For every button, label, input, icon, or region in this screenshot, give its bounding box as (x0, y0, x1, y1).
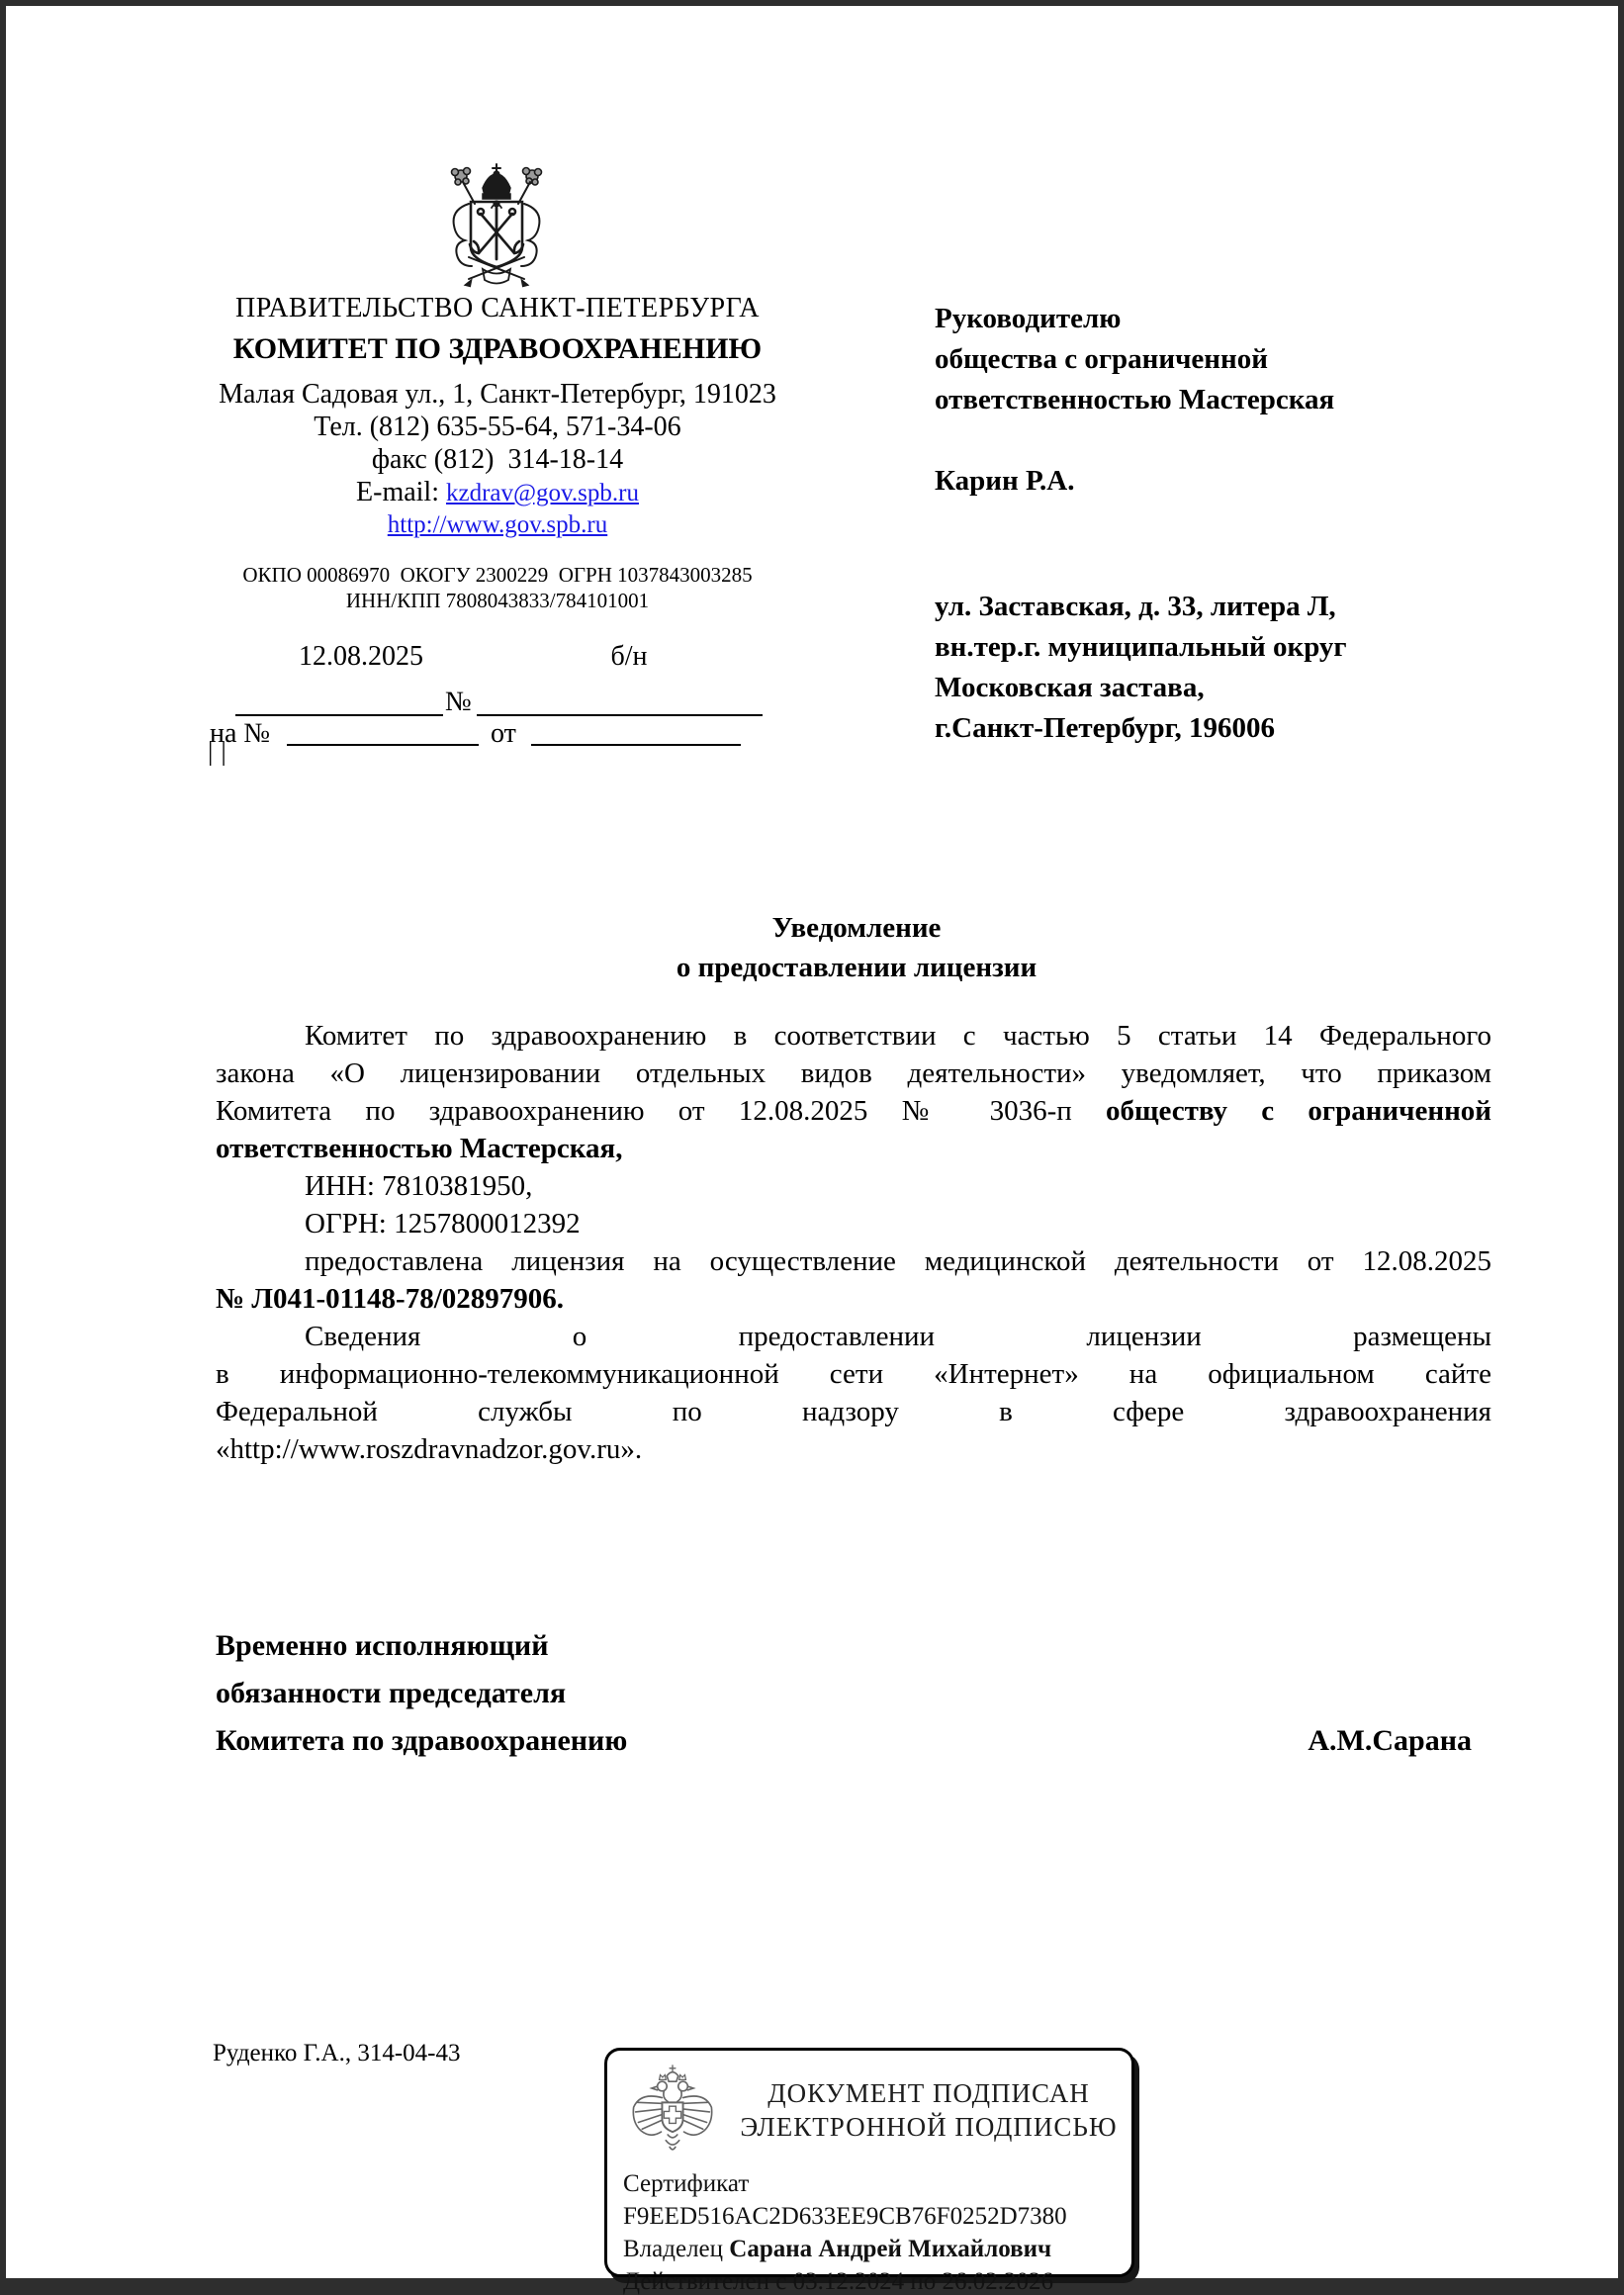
email-link[interactable]: kzdrav@gov.spb.ru (446, 480, 639, 506)
certificate-label: Сертификат (623, 2170, 749, 2197)
number-sign: № (445, 687, 472, 718)
fold-marks: || (208, 736, 234, 767)
document-body: Комитет по здравоохранению в соответстви… (216, 1017, 1491, 1468)
reply-number-underline (287, 744, 479, 746)
inn-kpp-line: ИНН/КПП 7808043833/784101001 (138, 588, 857, 613)
recipient-address-line: г.Санкт-Петербург, 196006 (935, 708, 1503, 749)
stamp-title-line-1: ДОКУМЕНТ ПОДПИСАН (734, 2076, 1124, 2110)
okpo-line: ОКПО 00086970 ОКОГУ 2300229 ОГРН 1037843… (138, 562, 857, 588)
sender-phone: Тел. (812) 635-55-64, 571-34-06 (138, 411, 857, 443)
recipient-address: ул. Заставская, д. 33, литера Л,вн.тер.г… (935, 587, 1503, 749)
sender-header: ПРАВИТЕЛЬСТВО САНКТ-ПЕТЕРБУРГА КОМИТЕТ П… (138, 293, 857, 613)
sender-contacts: Малая Садовая ул., 1, Санкт-Петербург, 1… (138, 378, 857, 540)
roszdravnadzor-eagle-icon (625, 2063, 720, 2159)
executor-note: Руденко Г.А., 314-04-43 (213, 2040, 461, 2067)
body-line: в информационно-телекоммуникационной сет… (216, 1355, 1491, 1393)
signer-name: А.М.Сарана (1308, 1717, 1472, 1765)
recipient-block: Руководителюобщества с ограниченнойответ… (935, 299, 1503, 749)
government-title: ПРАВИТЕЛЬСТВО САНКТ-ПЕТЕРБУРГА (138, 293, 857, 324)
stamp-details: Сертификат F9EED516AC2D633EE9CB76F0252D7… (623, 2167, 1122, 2295)
spacer (935, 502, 1503, 587)
title-line-2: о предоставлении лицензии (174, 948, 1539, 987)
reply-date-underline (531, 744, 741, 746)
signer-row: Комитета по здравоохранению А.М.Сарана (216, 1717, 1472, 1765)
stamp-title-line-2: ЭЛЕКТРОННОЙ ПОДПИСЬЮ (734, 2110, 1124, 2144)
sender-website-line: http://www.gov.spb.ru (138, 509, 857, 540)
body-line: Федеральной службы по надзору в сфере зд… (216, 1393, 1491, 1430)
spacer (935, 420, 1503, 461)
signer-position-line-1: Временно исполняющий (216, 1622, 1472, 1670)
recipient-org: Руководителюобщества с ограниченнойответ… (935, 299, 1503, 420)
recipient-line: ответственностью Мастерская (935, 380, 1503, 420)
sender-email-line: E-mail: kzdrav@gov.spb.ru (138, 476, 857, 509)
sender-fax: факс (812) 314-18-14 (138, 443, 857, 476)
recipient-address-line: Московская застава, (935, 668, 1503, 708)
spb-coat-of-arms-icon (433, 156, 560, 291)
recipient-line: Руководителю (935, 299, 1503, 339)
body-line: ИНН: 7810381950, (216, 1167, 1491, 1205)
body-line: предоставлена лицензия на осуществление … (216, 1242, 1491, 1280)
sender-address: Малая Садовая ул., 1, Санкт-Петербург, 1… (138, 378, 857, 411)
date-underline (235, 714, 443, 716)
email-label: E-mail: (356, 477, 446, 507)
stamp-title: ДОКУМЕНТ ПОДПИСАН ЭЛЕКТРОННОЙ ПОДПИСЬЮ (734, 2076, 1124, 2144)
document-title: Уведомление о предоставлении лицензии (174, 908, 1539, 987)
stamp-validity-line: Действителен с 03.12.2024 по 26.02.2026 (623, 2265, 1122, 2295)
committee-title: КОМИТЕТ ПО ЗДРАВООХРАНЕНИЮ (138, 332, 857, 366)
body-line: Сведения о предоставлении лицензии разме… (216, 1318, 1491, 1355)
body-line: Комитет по здравоохранению в соответстви… (216, 1017, 1491, 1055)
stamp-certificate-line: Сертификат F9EED516AC2D633EE9CB76F0252D7… (623, 2167, 1122, 2233)
certificate-value: F9EED516AC2D633EE9CB76F0252D7380 (623, 2203, 1067, 2230)
owner-label: Владелец (623, 2236, 729, 2262)
signer-position-line-3: Комитета по здравоохранению (216, 1717, 627, 1765)
body-line: закона «О лицензировании отдельных видов… (216, 1055, 1491, 1092)
letter-number: б/н (593, 641, 665, 673)
body-line: ОГРН: 1257800012392 (216, 1205, 1491, 1242)
letter-date: 12.08.2025 (297, 641, 425, 673)
sender-codes: ОКПО 00086970 ОКОГУ 2300229 ОГРН 1037843… (138, 562, 857, 613)
recipient-line: общества с ограниченной (935, 339, 1503, 380)
e-signature-stamp: ДОКУМЕНТ ПОДПИСАН ЭЛЕКТРОННОЙ ПОДПИСЬЮ С… (604, 2048, 1134, 2277)
recipient-address-line: ул. Заставская, д. 33, литера Л, (935, 587, 1503, 627)
stamp-owner-line: Владелец Сарана Андрей Михайлович (623, 2233, 1122, 2265)
website-link[interactable]: http://www.gov.spb.ru (388, 511, 607, 538)
recipient-address-line: вн.тер.г. муниципальный округ (935, 627, 1503, 668)
number-underline (477, 714, 763, 716)
recipient-person: Карин Р.А. (935, 461, 1503, 502)
body-line: ответственностью Мастерская, (216, 1130, 1491, 1167)
owner-name: Сарана Андрей Михайлович (729, 2236, 1051, 2262)
reply-from-label: от (491, 718, 516, 750)
signature-block: Временно исполняющий обязанности председ… (216, 1622, 1472, 1765)
body-line: «http://www.roszdravnadzor.gov.ru». (216, 1430, 1491, 1468)
body-line: Комитета по здравоохранению от 12.08.202… (216, 1092, 1491, 1130)
signer-position-line-2: обязанности председателя (216, 1670, 1472, 1717)
body-line: № Л041-01148-78/02897906. (216, 1280, 1491, 1318)
scanned-letter-page: { "colors": { "frame": "#2e2e2e", "link"… (0, 0, 1624, 2295)
title-line-1: Уведомление (174, 908, 1539, 948)
